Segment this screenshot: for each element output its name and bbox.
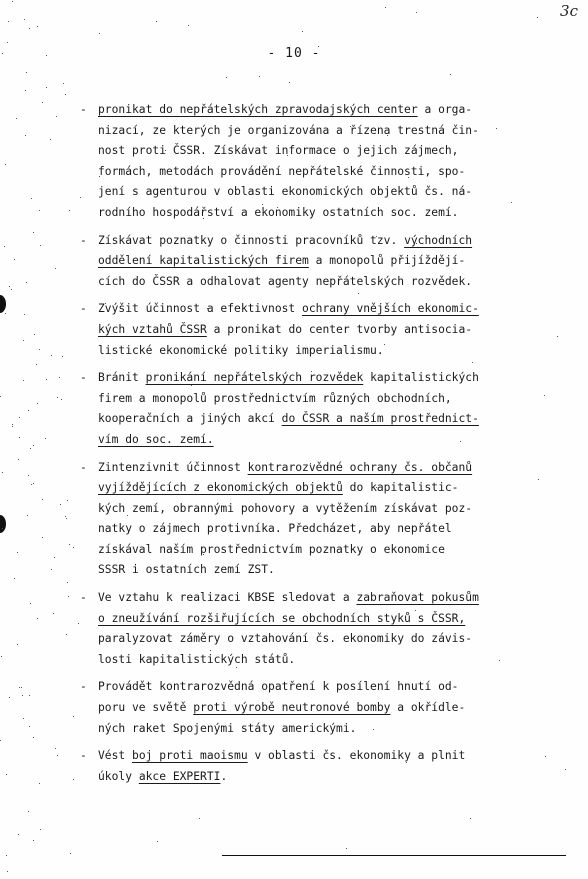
text-segment: nost proti ČSSR. Získávat informace o je…	[98, 144, 458, 157]
list-item: -Zvýšit účinnost a efektivnost ochrany v…	[80, 299, 540, 361]
text-line: nizací, ze kterých je organizována a říz…	[98, 121, 540, 142]
underlined-phrase: pronikat do nepřátelských zpravodajských…	[98, 103, 418, 116]
punch-hole	[0, 295, 6, 313]
text-line: Zvýšit účinnost a efektivnost ochrany vn…	[98, 299, 540, 320]
text-segment: získával naším prostřednictvím poznatky …	[98, 543, 445, 556]
underlined-phrase: ochrany vnějších ekonomic-	[302, 302, 479, 315]
underlined-phrase: o zneužívání rozšiřujících se obchodních…	[98, 612, 465, 625]
text-segment: formách, metodách provádění nepřátelské …	[98, 165, 465, 178]
text-line: jení s agenturou v oblasti ekonomických …	[98, 182, 540, 203]
text-line: Ve vztahu k realizaci KBSE sledovat a za…	[98, 588, 540, 609]
text-segment: losti kapitalistických států.	[98, 653, 295, 666]
text-segment: úkoly	[98, 770, 139, 783]
text-line: poru ve světě proti výrobě neutronové bo…	[98, 698, 540, 719]
underlined-phrase: vyjíždějících z ekonomických objektů	[98, 481, 343, 494]
underlined-phrase: východních	[404, 234, 472, 247]
text-line: listické ekonomické politiky imperialism…	[98, 341, 540, 362]
text-segment: nizací, ze kterých je organizována a říz…	[98, 124, 479, 137]
text-line: Zintenzivnit účinnost kontrarozvědné och…	[98, 458, 540, 479]
text-segment: firem a monopolů prostřednictvím různých…	[98, 392, 452, 405]
bullet-dash: -	[80, 100, 87, 121]
underlined-phrase: zabraňovat pokusům	[356, 591, 478, 604]
underlined-phrase: do ČSSR a naším prostřednict-	[282, 412, 479, 425]
text-line: cích do ČSSR a odhalovat agenty nepřátel…	[98, 272, 540, 293]
text-line: firem a monopolů prostřednictvím různých…	[98, 389, 540, 410]
list-item: -Bránit pronikání nepřátelských rozvědek…	[80, 368, 540, 450]
text-segment: paralyzovat záměry o vztahování čs. ekon…	[98, 632, 472, 645]
underlined-phrase: vím do soc. zemí.	[98, 433, 214, 446]
text-line: kooperačních a jiných akcí do ČSSR a naš…	[98, 409, 540, 430]
text-line: kých zemí, obrannými pohovory a vytěžení…	[98, 499, 540, 520]
text-line: ných raket Spojenými státy americkými.	[98, 719, 540, 740]
bullet-dash: -	[80, 746, 87, 767]
text-segment: a monopolů přijíždějí-	[309, 254, 465, 267]
text-line: vyjíždějících z ekonomických objektů do …	[98, 478, 540, 499]
underlined-phrase: pronikání nepřátelských rozvědek	[146, 371, 364, 384]
text-segment: Provádět kontrarozvědná opatření k posíl…	[98, 680, 458, 693]
text-segment: Vést	[98, 749, 132, 762]
document-page: 3c - 10 - -pronikat do nepřátelských zpr…	[0, 0, 588, 879]
bullet-dash: -	[80, 231, 87, 252]
bottom-rule	[222, 855, 566, 856]
text-segment: v oblasti čs. ekonomiky a plnit	[248, 749, 466, 762]
text-segment: kých zemí, obrannými pohovory a vytěžení…	[98, 502, 472, 515]
text-segment: a okřídle-	[390, 701, 465, 714]
text-segment: Zvýšit účinnost a efektivnost	[98, 302, 302, 315]
list-item: -Ve vztahu k realizaci KBSE sledovat a z…	[80, 588, 540, 670]
list-item: -Zintenzivnit účinnost kontrarozvědné oc…	[80, 458, 540, 582]
text-segment: do kapitalistic-	[343, 481, 459, 494]
text-line: získával naším prostřednictvím poznatky …	[98, 540, 540, 561]
text-line: rodního hospodářství a ekonomiky ostatní…	[98, 203, 540, 224]
text-segment: poru ve světě	[98, 701, 193, 714]
text-segment: rodního hospodářství a ekonomiky ostatní…	[98, 206, 458, 219]
underlined-phrase: kontrarozvědné ochrany čs. občanů	[248, 461, 472, 474]
text-line: úkoly akce EXPERTI.	[98, 767, 540, 788]
text-segment: a pronikat do center tvorby antisocia-	[207, 323, 472, 336]
text-line: oddělení kapitalistických firem a monopo…	[98, 251, 540, 272]
text-segment: natky o zájmech protivníka. Předcházet, …	[98, 522, 452, 535]
underlined-phrase: kých vztahů ČSSR	[98, 323, 207, 336]
text-line: kých vztahů ČSSR a pronikat do center tv…	[98, 320, 540, 341]
list-item: -pronikat do nepřátelských zpravodajskýc…	[80, 100, 540, 224]
list-item: -Provádět kontrarozvědná opatření k posí…	[80, 677, 540, 739]
text-segment: kooperačních a jiných akcí	[98, 412, 282, 425]
text-segment: .	[220, 770, 227, 783]
text-segment: SSSR i ostatních zemí ZST.	[98, 563, 275, 576]
text-segment: Ve vztahu k realizaci KBSE sledovat a	[98, 591, 356, 604]
handwritten-page-mark: 3c	[560, 2, 578, 20]
bullet-dash: -	[80, 588, 87, 609]
text-segment: Zintenzivnit účinnost	[98, 461, 248, 474]
text-line: vím do soc. zemí.	[98, 430, 540, 451]
text-line: pronikat do nepřátelských zpravodajských…	[98, 100, 540, 121]
underlined-phrase: akce EXPERTI	[139, 770, 221, 783]
text-segment: kapitalistických	[363, 371, 479, 384]
bullet-dash: -	[80, 677, 87, 698]
text-segment: ných raket Spojenými státy americkými.	[98, 722, 356, 735]
text-line: SSSR i ostatních zemí ZST.	[98, 560, 540, 581]
text-line: natky o zájmech protivníka. Předcházet, …	[98, 519, 540, 540]
text-line: Vést boj proti maoismu v oblasti čs. eko…	[98, 746, 540, 767]
task-list: -pronikat do nepřátelských zpravodajskýc…	[80, 100, 540, 794]
underlined-phrase: proti výrobě neutronové bomby	[193, 701, 390, 714]
text-line: losti kapitalistických států.	[98, 650, 540, 671]
text-line: nost proti ČSSR. Získávat informace o je…	[98, 141, 540, 162]
text-segment: Bránit	[98, 371, 146, 384]
text-segment: cích do ČSSR a odhalovat agenty nepřátel…	[98, 275, 472, 288]
underlined-phrase: oddělení kapitalistických firem	[98, 254, 309, 267]
text-line: paralyzovat záměry o vztahování čs. ekon…	[98, 629, 540, 650]
bullet-dash: -	[80, 299, 87, 320]
list-item: -Získávat poznatky o činnosti pracovníků…	[80, 231, 540, 293]
bullet-dash: -	[80, 368, 87, 389]
underlined-phrase: boj proti maoismu	[132, 749, 248, 762]
text-segment: jení s agenturou v oblasti ekonomických …	[98, 185, 472, 198]
bullet-dash: -	[80, 458, 87, 479]
text-line: o zneužívání rozšiřujících se obchodních…	[98, 609, 540, 630]
list-item: -Vést boj proti maoismu v oblasti čs. ek…	[80, 746, 540, 787]
text-segment: Získávat poznatky o činnosti pracovníků …	[98, 234, 404, 247]
text-line: Bránit pronikání nepřátelských rozvědek …	[98, 368, 540, 389]
text-segment: a orga-	[418, 103, 472, 116]
text-line: Získávat poznatky o činnosti pracovníků …	[98, 231, 540, 252]
punch-hole	[0, 515, 6, 533]
text-segment: listické ekonomické politiky imperialism…	[98, 344, 384, 357]
page-number: - 10 -	[0, 46, 588, 61]
text-line: Provádět kontrarozvědná opatření k posíl…	[98, 677, 540, 698]
text-line: formách, metodách provádění nepřátelské …	[98, 162, 540, 183]
